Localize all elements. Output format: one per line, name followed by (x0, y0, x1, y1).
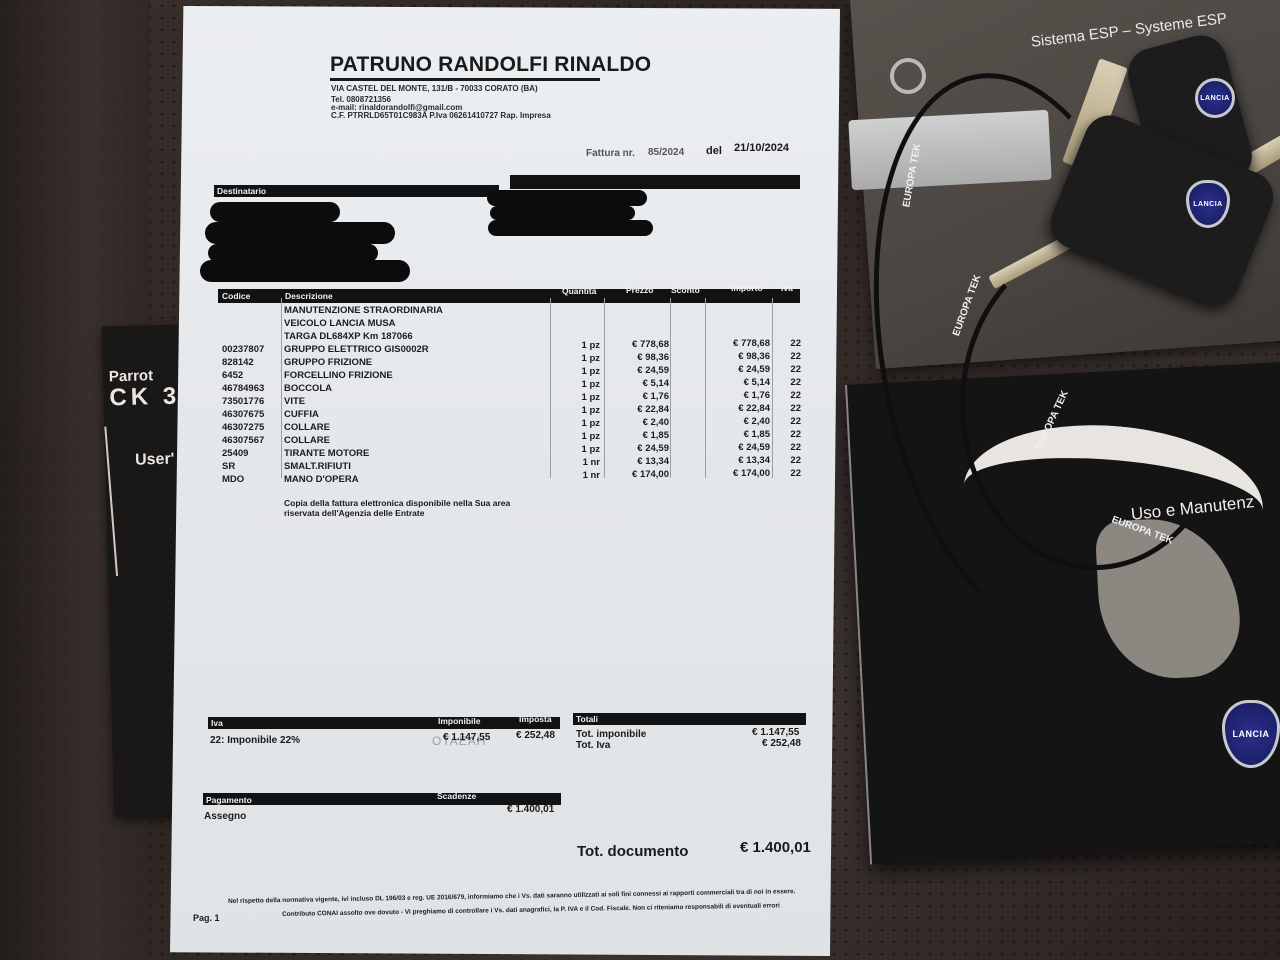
payment-method: Assegno (204, 811, 246, 822)
item-description: BOCCOLA (284, 383, 332, 394)
item-price: € 13,34 (637, 456, 669, 467)
item-description: FORCELLINO FRIZIONE (284, 370, 393, 381)
item-amount: € 778,68 (733, 338, 770, 349)
invoice-number: 85/2024 (648, 147, 684, 158)
description-intro-line: TARGA DL684XP Km 187066 (284, 331, 413, 342)
col-quantity: Quantità (562, 286, 596, 296)
item-description: COLLARE (284, 435, 330, 446)
item-code: SR (222, 461, 235, 472)
vat-header-label: Iva (211, 718, 223, 728)
item-amount: € 1,85 (744, 429, 770, 440)
item-vat: 22 (790, 442, 801, 453)
item-code: 46307275 (222, 422, 264, 433)
item-code: 73501776 (222, 396, 264, 407)
invoice-date: 21/10/2024 (734, 142, 789, 154)
item-amount: € 1,76 (744, 390, 770, 401)
invoice-document: PATRUNO RANDOLFI RINALDO VIA CASTEL DEL … (0, 0, 1280, 960)
vat-rate-label: 22: Imponibile 22% (210, 735, 300, 746)
column-divider (705, 298, 706, 478)
total-vat-label: Tot. Iva (576, 740, 610, 751)
redacted-address (490, 206, 635, 220)
payment-amount: € 1.400,01 (507, 804, 554, 815)
item-qty: 1 pz (582, 392, 600, 403)
item-description: TIRANTE MOTORE (284, 448, 369, 459)
item-price: € 24,59 (637, 443, 669, 454)
item-description: MANO D'OPERA (284, 474, 359, 485)
column-divider (550, 298, 551, 478)
header-rule (330, 78, 600, 81)
item-vat: 22 (790, 455, 801, 466)
item-code: 6452 (222, 370, 243, 381)
col-amount: Importo (731, 283, 763, 293)
item-qty: 1 pz (582, 379, 600, 390)
column-divider (670, 298, 671, 478)
item-amount: € 13,34 (738, 455, 770, 466)
col-price: Prezzo (626, 285, 653, 295)
total-vat-value: € 252,48 (762, 738, 801, 749)
item-description: CUFFIA (284, 409, 319, 420)
recipient-header: Destinatario (214, 185, 499, 197)
item-description: GRUPPO ELETTRICO GIS0002R (284, 344, 429, 355)
document-total-label: Tot. documento (577, 843, 688, 860)
item-price: € 98,36 (637, 352, 669, 363)
item-vat: 22 (790, 468, 801, 479)
item-amount: € 2,40 (744, 416, 770, 427)
item-vat: 22 (790, 364, 801, 375)
item-code: 25409 (222, 448, 248, 459)
company-address: VIA CASTEL DEL MONTE, 131/B - 70033 CORA… (331, 84, 538, 93)
item-vat: 22 (790, 403, 801, 414)
invoice-date-label: del (706, 145, 722, 157)
item-price: € 778,68 (632, 339, 669, 350)
item-qty: 1 pz (582, 340, 600, 351)
item-qty: 1 pz (582, 366, 600, 377)
item-price: € 174,00 (632, 469, 669, 480)
description-intro-line: MANUTENZIONE STRAORDINARIA (284, 305, 443, 316)
company-fiscal: C.F. PTRRLD65T01C983A P.Iva 06261410727 … (331, 111, 551, 120)
total-taxable-label: Tot. imponibile (576, 729, 646, 740)
item-amount: € 24,59 (738, 364, 770, 375)
item-vat: 22 (790, 390, 801, 401)
item-amount: € 22,84 (738, 403, 770, 414)
col-discount: Sconto (671, 285, 700, 295)
item-qty: 1 pz (582, 431, 600, 442)
redacted-recipient (210, 202, 340, 222)
item-code: 46307567 (222, 435, 264, 446)
column-divider (281, 298, 282, 478)
item-price: € 1,85 (643, 430, 669, 441)
col-code: Codice (222, 291, 250, 301)
item-code: 46307675 (222, 409, 264, 420)
vat-taxable-value: € 1.147,55 (443, 732, 490, 743)
item-code: 828142 (222, 357, 254, 368)
item-description: COLLARE (284, 422, 330, 433)
redacted-recipient (200, 260, 410, 282)
item-vat: 22 (790, 351, 801, 362)
tax-header-label: Imposta (519, 714, 552, 724)
e-invoice-note: riservata dell'Agenzia delle Entrate (284, 508, 424, 518)
item-qty: 1 nr (583, 457, 600, 468)
vat-summary-header (208, 717, 560, 729)
item-vat: 22 (790, 377, 801, 388)
item-description: GRUPPO FRIZIONE (284, 357, 372, 368)
col-vat: Iva (781, 283, 793, 293)
item-amount: € 174,00 (733, 468, 770, 479)
vat-tax-value: € 252,48 (516, 730, 555, 741)
item-amount: € 24,59 (738, 442, 770, 453)
redacted-header-bar (510, 175, 800, 189)
invoice-number-label: Fattura nr. (586, 148, 635, 159)
due-header-label: Scadenze (437, 791, 476, 801)
col-description: Descrizione (285, 291, 333, 301)
description-intro-line: VEICOLO LANCIA MUSA (284, 318, 396, 329)
item-code: 46784963 (222, 383, 264, 394)
item-code: MDO (222, 474, 244, 485)
e-invoice-note: Copia della fattura elettronica disponib… (284, 498, 510, 508)
item-description: VITE (284, 396, 305, 407)
item-qty: 1 pz (582, 353, 600, 364)
item-vat: 22 (790, 429, 801, 440)
conai-notice: Contributo CONAI assolto ove dovuto - Vi… (282, 902, 780, 918)
item-qty: 1 pz (582, 405, 600, 416)
item-vat: 22 (790, 416, 801, 427)
taxable-header-label: Imponibile (438, 716, 481, 726)
company-name: PATRUNO RANDOLFI RINALDO (330, 53, 651, 77)
item-price: € 5,14 (643, 378, 669, 389)
item-amount: € 5,14 (744, 377, 770, 388)
redacted-address (487, 190, 647, 206)
page-number: Pag. 1 (193, 913, 220, 923)
column-divider (604, 298, 605, 478)
column-divider (772, 298, 773, 478)
item-price: € 24,59 (637, 365, 669, 376)
item-vat: 22 (790, 338, 801, 349)
item-description: SMALT.RIFIUTI (284, 461, 351, 472)
redacted-recipient (205, 222, 395, 244)
item-price: € 1,76 (643, 391, 669, 402)
item-amount: € 98,36 (738, 351, 770, 362)
redacted-address (488, 220, 653, 236)
item-qty: 1 pz (582, 444, 600, 455)
privacy-notice: Nel rispetto della normativa vigente, iv… (228, 888, 795, 905)
payment-header-label: Pagamento (206, 795, 252, 805)
total-taxable-value: € 1.147,55 (752, 727, 799, 738)
item-qty: 1 pz (582, 418, 600, 429)
item-price: € 22,84 (637, 404, 669, 415)
item-code: 00237807 (222, 344, 264, 355)
item-qty: 1 nr (583, 470, 600, 481)
item-price: € 2,40 (643, 417, 669, 428)
totals-header: Totali (573, 713, 806, 725)
document-total-value: € 1.400,01 (740, 839, 811, 856)
